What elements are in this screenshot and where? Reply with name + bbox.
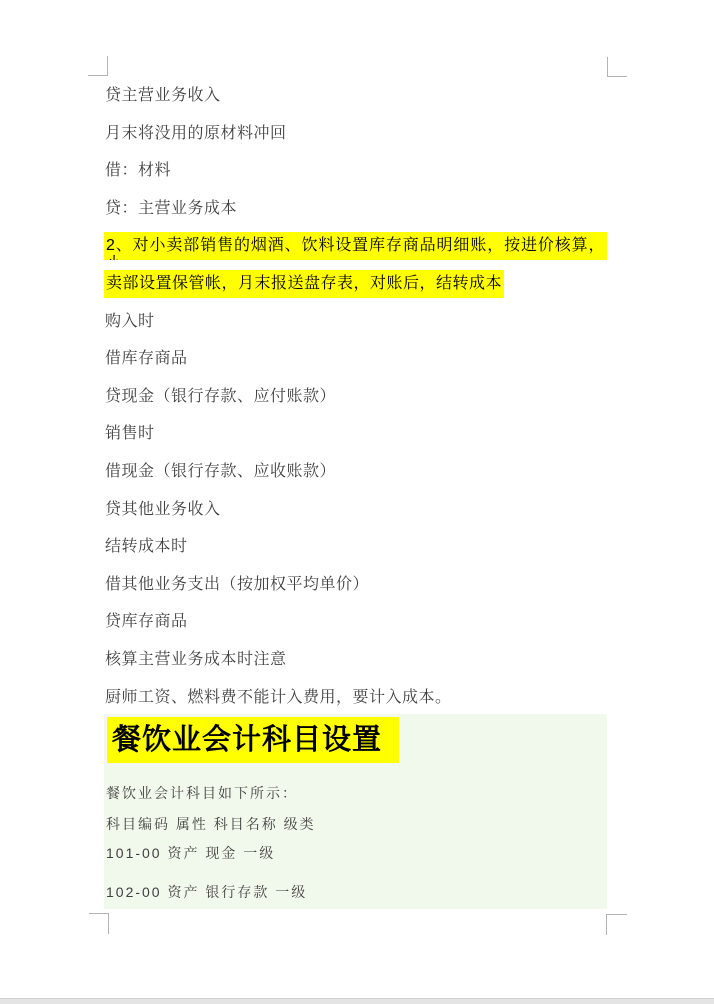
paragraph-line: 贷其他业务收入 (105, 491, 607, 529)
section-title-highlighted: 餐饮业会计科目设置 (107, 717, 399, 763)
paragraph-line: 借其他业务支出（按加权平均单价） (105, 566, 607, 604)
crop-mark-bottom-right (606, 914, 627, 935)
green-callout-section: 餐饮业会计科目设置 餐饮业会计科目如下所示： 科目编码 属性 科目名称 级类 1… (104, 714, 607, 909)
account-table-header: 科目编码 属性 科目名称 级类 (106, 816, 316, 833)
crop-mark-top-left (88, 56, 108, 76)
paragraph-line: 贷：主营业务成本 (105, 190, 607, 228)
paragraph-line: 贷主营业务收入 (105, 77, 607, 115)
document-page: 贷主营业务收入 月末将没用的原材料冲回 借：材料 贷：主营业务成本 2、对小卖部… (0, 0, 714, 1004)
account-table-row: 101-00 资产 现金 一级 (106, 845, 275, 862)
paragraph-line: 购入时 (105, 303, 607, 341)
highlight-line: 2、对小卖部销售的烟酒、饮料设置库存商品明细账，按进价核算，小 (104, 232, 607, 260)
highlighted-paragraph: 2、对小卖部销售的烟酒、饮料设置库存商品明细账，按进价核算，小 (105, 227, 607, 265)
document-body: 贷主营业务收入 月末将没用的原材料冲回 借：材料 贷：主营业务成本 2、对小卖部… (105, 77, 607, 716)
paragraph-line: 借：材料 (105, 152, 607, 190)
page-bottom-edge (0, 998, 714, 1004)
paragraph-line: 贷现金（银行存款、应付账款） (105, 378, 607, 416)
crop-mark-bottom-left (89, 913, 109, 934)
paragraph-line: 月末将没用的原材料冲回 (105, 115, 607, 153)
account-table-row: 102-00 资产 银行存款 一级 (106, 884, 307, 901)
crop-mark-top-right (607, 57, 627, 77)
paragraph-line: 借现金（银行存款、应收账款） (105, 453, 607, 491)
paragraph-line: 销售时 (105, 415, 607, 453)
highlighted-paragraph: 卖部设置保管帐，月末报送盘存表，对账后，结转成本 (105, 265, 607, 303)
paragraph-line: 贷库存商品 (105, 603, 607, 641)
highlight-line: 卖部设置保管帐，月末报送盘存表，对账后，结转成本 (104, 270, 504, 298)
paragraph-line: 借库存商品 (105, 340, 607, 378)
paragraph-line: 核算主营业务成本时注意 (105, 641, 607, 679)
section-intro-line: 餐饮业会计科目如下所示： (106, 785, 298, 802)
paragraph-line: 厨师工资、燃料费不能计入费用，要计入成本。 (105, 679, 607, 717)
paragraph-line: 结转成本时 (105, 528, 607, 566)
